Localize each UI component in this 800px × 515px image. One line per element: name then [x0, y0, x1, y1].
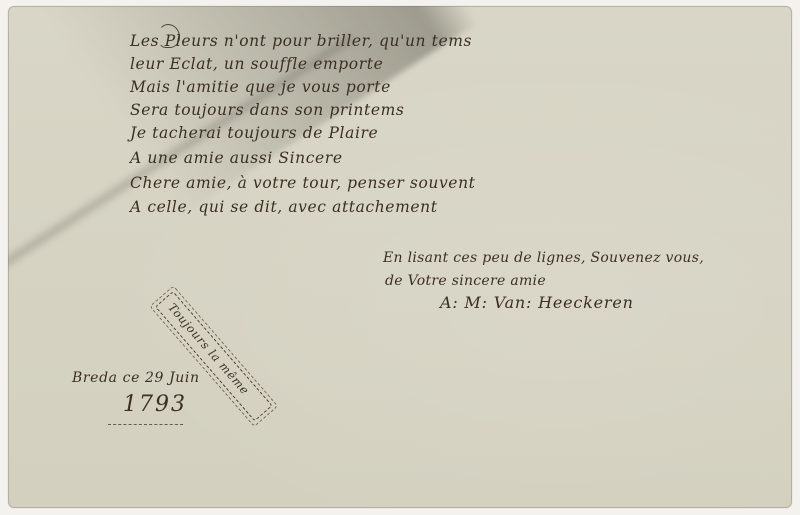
verse-line-6: A une amie aussi Sincere: [130, 151, 343, 167]
place-date-line: Breda ce 29 Juin: [72, 371, 200, 385]
handwritten-card: Les Pleurs n'ont pour briller, qu'un tem…: [8, 6, 792, 508]
closing-line-1: En lisant ces peu de lignes, Souvenez vo…: [383, 251, 704, 265]
verse-line-2: leur Eclat, un souffle emporte: [130, 57, 383, 73]
verse-line-3: Mais l'amitie que je vous porte: [130, 80, 391, 96]
verse-line-8: A celle, qui se dit, avec attachement: [130, 200, 438, 216]
verse-line-7: Chere amie, à votre tour, penser souvent: [130, 176, 476, 192]
closing-line-2: de Votre sincere amie: [385, 274, 546, 288]
signature: A: M: Van: Heeckeren: [440, 295, 634, 311]
verse-line-1: Les Pleurs n'ont pour briller, qu'un tem…: [130, 34, 472, 50]
year: 1793: [123, 394, 187, 416]
verse-line-4: Sera toujours dans son printems: [130, 103, 404, 119]
year-underline-flourish: [108, 424, 183, 425]
verse-line-5: Je tacherai toujours de Plaire: [130, 126, 378, 142]
